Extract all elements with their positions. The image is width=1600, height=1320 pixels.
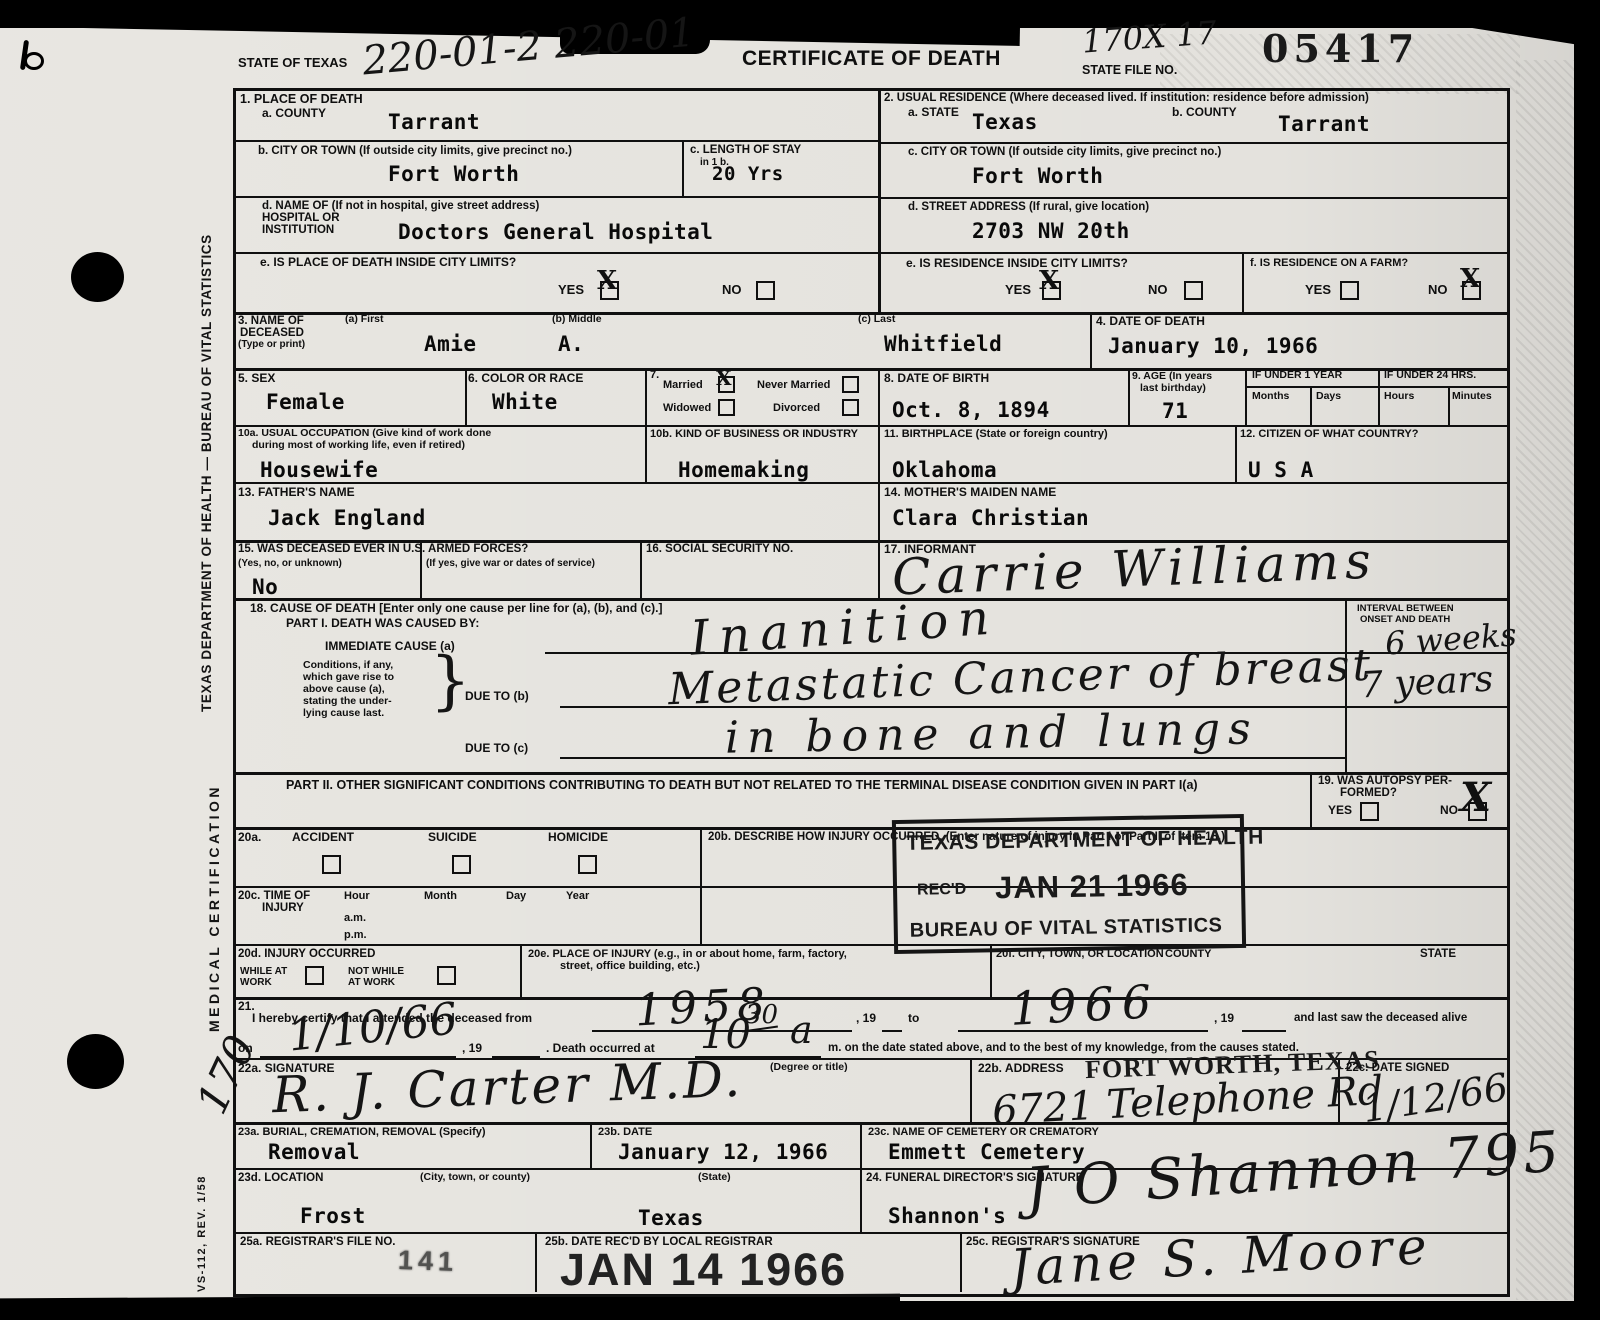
age-label-1: 9. AGE (In years (1132, 371, 1212, 383)
hospital-value: Doctors General Hospital (398, 220, 713, 244)
county-label: a. COUNTY (262, 107, 326, 120)
state-label: a. STATE (908, 106, 959, 119)
rule-v (682, 140, 684, 198)
married-check-mark: X (716, 368, 732, 388)
sex-value: Female (266, 390, 345, 414)
hospital-label-1: d. NAME OF (If not in hospital, give str… (262, 200, 539, 213)
burial-label: 23a. BURIAL, CREMATION, REMOVAL (Specify… (238, 1126, 486, 1138)
rule-v (1310, 386, 1312, 425)
city-value: Fort Worth (388, 162, 519, 186)
rule-h (233, 196, 878, 198)
yes-label: YES (1305, 283, 1331, 298)
occupation-value: Housewife (260, 458, 378, 482)
not-while-label-1: NOT WHILE (348, 966, 404, 977)
rule-h (1245, 386, 1507, 388)
writing-line (260, 1056, 456, 1058)
no-checkbox (1184, 281, 1203, 300)
received-stamp: TEXAS DEPARTMENT OF HEALTH REC'D JAN 21 … (892, 814, 1246, 954)
location-city-value: Frost (300, 1204, 366, 1228)
rule-h (878, 197, 1507, 199)
armed-forces-label: 15. WAS DECEASED EVER IN U.S. ARMED FORC… (238, 543, 528, 556)
rule-v (645, 368, 647, 425)
rule-v (1310, 772, 1312, 827)
conditions-note-1: Conditions, if any, (303, 660, 393, 672)
rule-v (465, 368, 467, 425)
res-county-label: b. COUNTY (1172, 106, 1237, 119)
burial-date-label: 23b. DATE (598, 1126, 652, 1138)
yes-checkbox (1340, 281, 1359, 300)
res-city-value: Fort Worth (972, 164, 1103, 188)
stamp-date: JAN 21 1966 (995, 867, 1189, 906)
writing-line (882, 1030, 902, 1032)
months-label: Months (1252, 391, 1289, 403)
rule-v (860, 1122, 862, 1168)
res-city-limits-label: e. IS RESIDENCE INSIDE CITY LIMITS? (906, 257, 1128, 270)
widowed-checkbox (718, 399, 735, 416)
sidebar-section-label: MEDICAL CERTIFICATION (206, 784, 222, 1032)
days-label: Days (1316, 391, 1341, 403)
conditions-note-3: above cause (a), (303, 684, 385, 696)
rule-v (535, 1232, 537, 1292)
homicide-label: HOMICIDE (548, 831, 608, 844)
death-ampm-handwriting: a (790, 1008, 813, 1052)
rule-h (233, 772, 1507, 775)
rule-h (1345, 706, 1507, 708)
name-of-deceased-label-1: 3. NAME OF (238, 315, 304, 328)
res-farm-label: f. IS RESIDENCE ON A FARM? (1250, 257, 1408, 269)
burial-value: Removal (268, 1140, 360, 1164)
birthplace-label: 11. BIRTHPLACE (State or foreign country… (884, 428, 1108, 440)
writing-line (560, 757, 1345, 759)
am-label: a.m. (344, 912, 366, 924)
rule-v (1378, 368, 1380, 425)
date-of-death-value: January 10, 1966 (1108, 334, 1318, 358)
hospital-label-3: INSTITUTION (262, 224, 334, 237)
date-of-birth-value: Oct. 8, 1894 (892, 398, 1050, 422)
rule-h (233, 886, 1507, 888)
divorced-label: Divorced (773, 402, 820, 414)
due-to-c-label: DUE TO (c) (465, 742, 528, 755)
usual-residence-title: 2. USUAL RESIDENCE (Where deceased lived… (884, 92, 1369, 105)
part2-label: PART II. OTHER SIGNIFICANT CONDITIONS CO… (286, 778, 1198, 792)
name-of-deceased-label-2: DECEASED (240, 327, 304, 340)
place-of-injury-label-1: 20e. PLACE OF INJURY (e.g., in or about … (528, 948, 847, 960)
no-label: NO (1440, 804, 1458, 817)
ssn-label: 16. SOCIAL SECURITY NO. (646, 543, 793, 556)
under-1-year-label: IF UNDER 1 YEAR (1252, 370, 1342, 382)
yes-check-mark: X (1039, 268, 1059, 294)
state-value: Texas (972, 110, 1038, 134)
cause-of-death-title: 18. CAUSE OF DEATH [Enter only one cause… (250, 602, 663, 615)
cause-c-handwriting: in bone and lungs (725, 703, 1259, 763)
certify-text-2: , 19 (856, 1012, 876, 1025)
date-of-birth-label: 8. DATE OF BIRTH (884, 372, 989, 385)
accident-checkbox (322, 855, 341, 874)
date-received-stamp: JAN 14 1966 (560, 1244, 847, 1296)
rule-v (1242, 252, 1244, 312)
stamp-agency-line: TEXAS DEPARTMENT OF HEALTH (906, 826, 1264, 856)
never-married-checkbox (842, 376, 859, 393)
registrar-file-stamp: 141 (397, 1245, 458, 1278)
color-race-label: 6. COLOR OR RACE (468, 372, 583, 385)
rule-h (233, 482, 1507, 484)
rule-v (1448, 386, 1450, 425)
mother-name-label: 14. MOTHER'S MAIDEN NAME (884, 486, 1056, 499)
scan-mark (24, 52, 44, 70)
citizen-value: U S A (1248, 458, 1314, 482)
rule-v (590, 1122, 592, 1168)
rule-v (640, 540, 642, 598)
conditions-note-5: lying cause last. (303, 708, 384, 720)
rule-h (233, 252, 1507, 254)
attended-to-handwriting: 1966 (1009, 974, 1161, 1036)
certificate-title: CERTIFICATE OF DEATH (742, 47, 1001, 71)
rule-v (1235, 425, 1237, 482)
length-of-stay-label: c. LENGTH OF STAY (690, 144, 801, 157)
conditions-note-2: which gave rise to (303, 672, 394, 684)
business-label: 10b. KIND OF BUSINESS OR INDUSTRY (650, 428, 858, 440)
manner-label: 20a. (238, 831, 261, 844)
registrar-file-label: 25a. REGISTRAR'S FILE NO. (240, 1236, 395, 1249)
yes-check-mark: X (597, 268, 617, 294)
rule-h (233, 827, 1507, 830)
length-of-stay-value: 20 Yrs (712, 163, 784, 185)
certify-text-3: to (908, 1012, 919, 1025)
sidebar-agency-label: TEXAS DEPARTMENT OF HEALTH — BUREAU OF V… (199, 234, 214, 712)
part1-label: PART I. DEATH WAS CAUSED BY: (286, 617, 479, 630)
cemetery-label: 23c. NAME OF CEMETERY OR CREMATORY (868, 1126, 1099, 1138)
autopsy-label-2: FORMED? (1340, 787, 1397, 800)
date-of-death-label: 4. DATE OF DEATH (1096, 315, 1205, 328)
conditions-note-4: stating the under- (303, 696, 392, 708)
month-label: Month (424, 890, 457, 902)
business-value: Homemaking (678, 458, 809, 482)
widowed-label: Widowed (663, 402, 711, 414)
street-address-value: 2703 NW 20th (972, 219, 1130, 243)
place-of-injury-label-2: street, office building, etc.) (560, 960, 700, 972)
first-name-label: (a) First (345, 314, 384, 326)
father-name-value: Jack England (268, 506, 426, 530)
birthplace-value: Oklahoma (892, 458, 997, 482)
middle-name-label: (b) Middle (552, 314, 602, 326)
brace-glyph: } (430, 644, 471, 718)
scan-edge-right (1574, 0, 1600, 1320)
not-while-checkbox (437, 966, 456, 985)
suicide-label: SUICIDE (428, 831, 477, 844)
city-label: b. CITY OR TOWN (If outside city limits,… (258, 145, 572, 158)
due-to-b-label: DUE TO (b) (465, 690, 529, 703)
res-county-value: Tarrant (1278, 112, 1370, 136)
year-label: Year (566, 890, 589, 902)
state-file-no-label: STATE FILE NO. (1082, 63, 1177, 77)
rule-v (645, 425, 647, 482)
scan-noise-right (1516, 60, 1576, 1300)
first-name-value: Amie (424, 332, 477, 356)
last-name-label: (c) Last (858, 314, 895, 326)
stamp-recd-label: REC'D (917, 881, 966, 900)
rule-v (878, 540, 880, 598)
armed-forces-sub-2: (If yes, give war or dates of service) (426, 558, 595, 569)
location-label: 23d. LOCATION (238, 1172, 323, 1185)
divorced-checkbox (842, 399, 859, 416)
injury-state-label: STATE (1420, 948, 1456, 961)
hour-label: Hour (344, 890, 370, 902)
married-label: Married (663, 379, 703, 391)
location-sub-2: (State) (698, 1172, 731, 1184)
marital-label: 7. (650, 369, 659, 381)
certify-text-6: on (238, 1042, 253, 1055)
occupation-label-1: 10a. USUAL OCCUPATION (Give kind of work… (238, 428, 491, 440)
rule-v (860, 1168, 862, 1232)
place-of-death-title: 1. PLACE OF DEATH (240, 92, 363, 106)
address-label: 22b. ADDRESS (978, 1062, 1064, 1075)
rule-v (520, 944, 522, 997)
location-sub-1: (City, town, or county) (420, 1172, 530, 1184)
suicide-checkbox (452, 855, 471, 874)
armed-forces-sub-1: (Yes, no, or unknown) (238, 558, 342, 569)
degree-title-label: (Degree or title) (770, 1062, 848, 1074)
stamp-bureau-line: BUREAU OF VITAL STATISTICS (910, 914, 1223, 942)
rule-v (878, 368, 880, 425)
rule-v (1245, 368, 1247, 425)
scanned-death-certificate: TEXAS DEPARTMENT OF HEALTH — BUREAU OF V… (0, 0, 1600, 1320)
day-label: Day (506, 890, 526, 902)
rule-h (1345, 652, 1507, 654)
certify-text-5: and last saw the deceased alive (1294, 1012, 1467, 1025)
res-city-label: c. CITY OR TOWN (If outside city limits,… (908, 146, 1221, 159)
yes-label: YES (558, 283, 584, 298)
death-city-limits-label: e. IS PLACE OF DEATH INSIDE CITY LIMITS? (260, 256, 516, 269)
age-label-2: last birthday) (1140, 383, 1206, 395)
homicide-checkbox (578, 855, 597, 874)
state-of-texas-label: STATE OF TEXAS (238, 56, 347, 71)
age-value: 71 (1162, 399, 1188, 423)
while-at-work-label-1: WHILE AT (240, 966, 287, 977)
rule-h (233, 1122, 1507, 1125)
interval-b-handwriting: 7 years (1359, 659, 1494, 707)
minutes-label: Minutes (1452, 391, 1492, 403)
punch-hole (71, 252, 124, 302)
color-race-value: White (492, 390, 558, 414)
street-address-label: d. STREET ADDRESS (If rural, give locati… (908, 201, 1149, 214)
citizen-label: 12. CITIZEN OF WHAT COUNTRY? (1240, 428, 1418, 440)
injury-occurred-label: 20d. INJURY OCCURRED (238, 948, 375, 961)
no-checkbox (756, 281, 775, 300)
never-married-label: Never Married (757, 379, 830, 391)
rule-v (960, 1232, 962, 1292)
yes-label: YES (1005, 283, 1031, 298)
not-while-label-2: AT WORK (348, 977, 395, 988)
rule-v (878, 425, 880, 482)
writing-line (958, 1030, 1208, 1032)
burial-date-value: January 12, 1966 (618, 1140, 828, 1164)
armed-forces-value: No (252, 575, 278, 599)
autopsy-label-1: 19. WAS AUTOPSY PER- (1318, 775, 1452, 788)
accident-label: ACCIDENT (292, 831, 354, 844)
certify-text-4: , 19 (1214, 1012, 1234, 1025)
while-at-work-checkbox (305, 966, 324, 985)
pm-label: p.m. (344, 929, 367, 941)
rule-h (233, 944, 1507, 946)
hospital-label-2: HOSPITAL OR (262, 212, 340, 225)
under-24-hrs-label: IF UNDER 24 HRS. (1384, 370, 1476, 382)
name-of-deceased-label-3: (Type or print) (238, 339, 305, 350)
no-label: NO (1148, 283, 1168, 298)
last-name-value: Whitfield (884, 332, 1002, 356)
no-check-mark: X (1460, 266, 1480, 292)
rule-v (700, 827, 702, 944)
middle-name-value: A. (558, 332, 584, 356)
yes-label: YES (1328, 804, 1352, 817)
certify-text-7: , 19 (462, 1042, 482, 1055)
no-label: NO (1428, 283, 1448, 298)
rule-v (1090, 312, 1092, 368)
injury-county-label: COUNTY (1165, 948, 1211, 960)
rule-v (878, 88, 881, 312)
sex-label: 5. SEX (238, 372, 275, 385)
no-label: NO (722, 283, 742, 298)
rule-v (1128, 368, 1130, 425)
rule-h (878, 142, 1507, 144)
state-file-number: 05417 (1262, 26, 1419, 71)
date-signed-label: 22c. DATE SIGNED (1346, 1062, 1449, 1075)
while-at-work-label-2: WORK (240, 977, 272, 988)
funeral-firm-value: Shannon's (888, 1204, 1006, 1228)
time-of-injury-label-1: 20c. TIME OF (238, 890, 310, 903)
location-state-value: Texas (638, 1206, 704, 1230)
yes-checkbox (1360, 802, 1379, 821)
father-name-label: 13. FATHER'S NAME (238, 486, 355, 499)
hours-label: Hours (1384, 391, 1414, 403)
form-code: VS-112, REV. 1/58 (196, 1175, 208, 1292)
no-check-mark: X (1460, 778, 1491, 818)
mother-name-value: Clara Christian (892, 506, 1089, 530)
rule-v (970, 1058, 972, 1122)
writing-line (1242, 1030, 1286, 1032)
rule-v (878, 482, 880, 540)
rule-h (233, 140, 878, 142)
time-of-injury-label-2: INJURY (262, 902, 304, 915)
county-value: Tarrant (388, 110, 480, 134)
punch-hole (67, 1034, 124, 1089)
occupation-label-2: during most of working life, even if ret… (252, 440, 465, 452)
